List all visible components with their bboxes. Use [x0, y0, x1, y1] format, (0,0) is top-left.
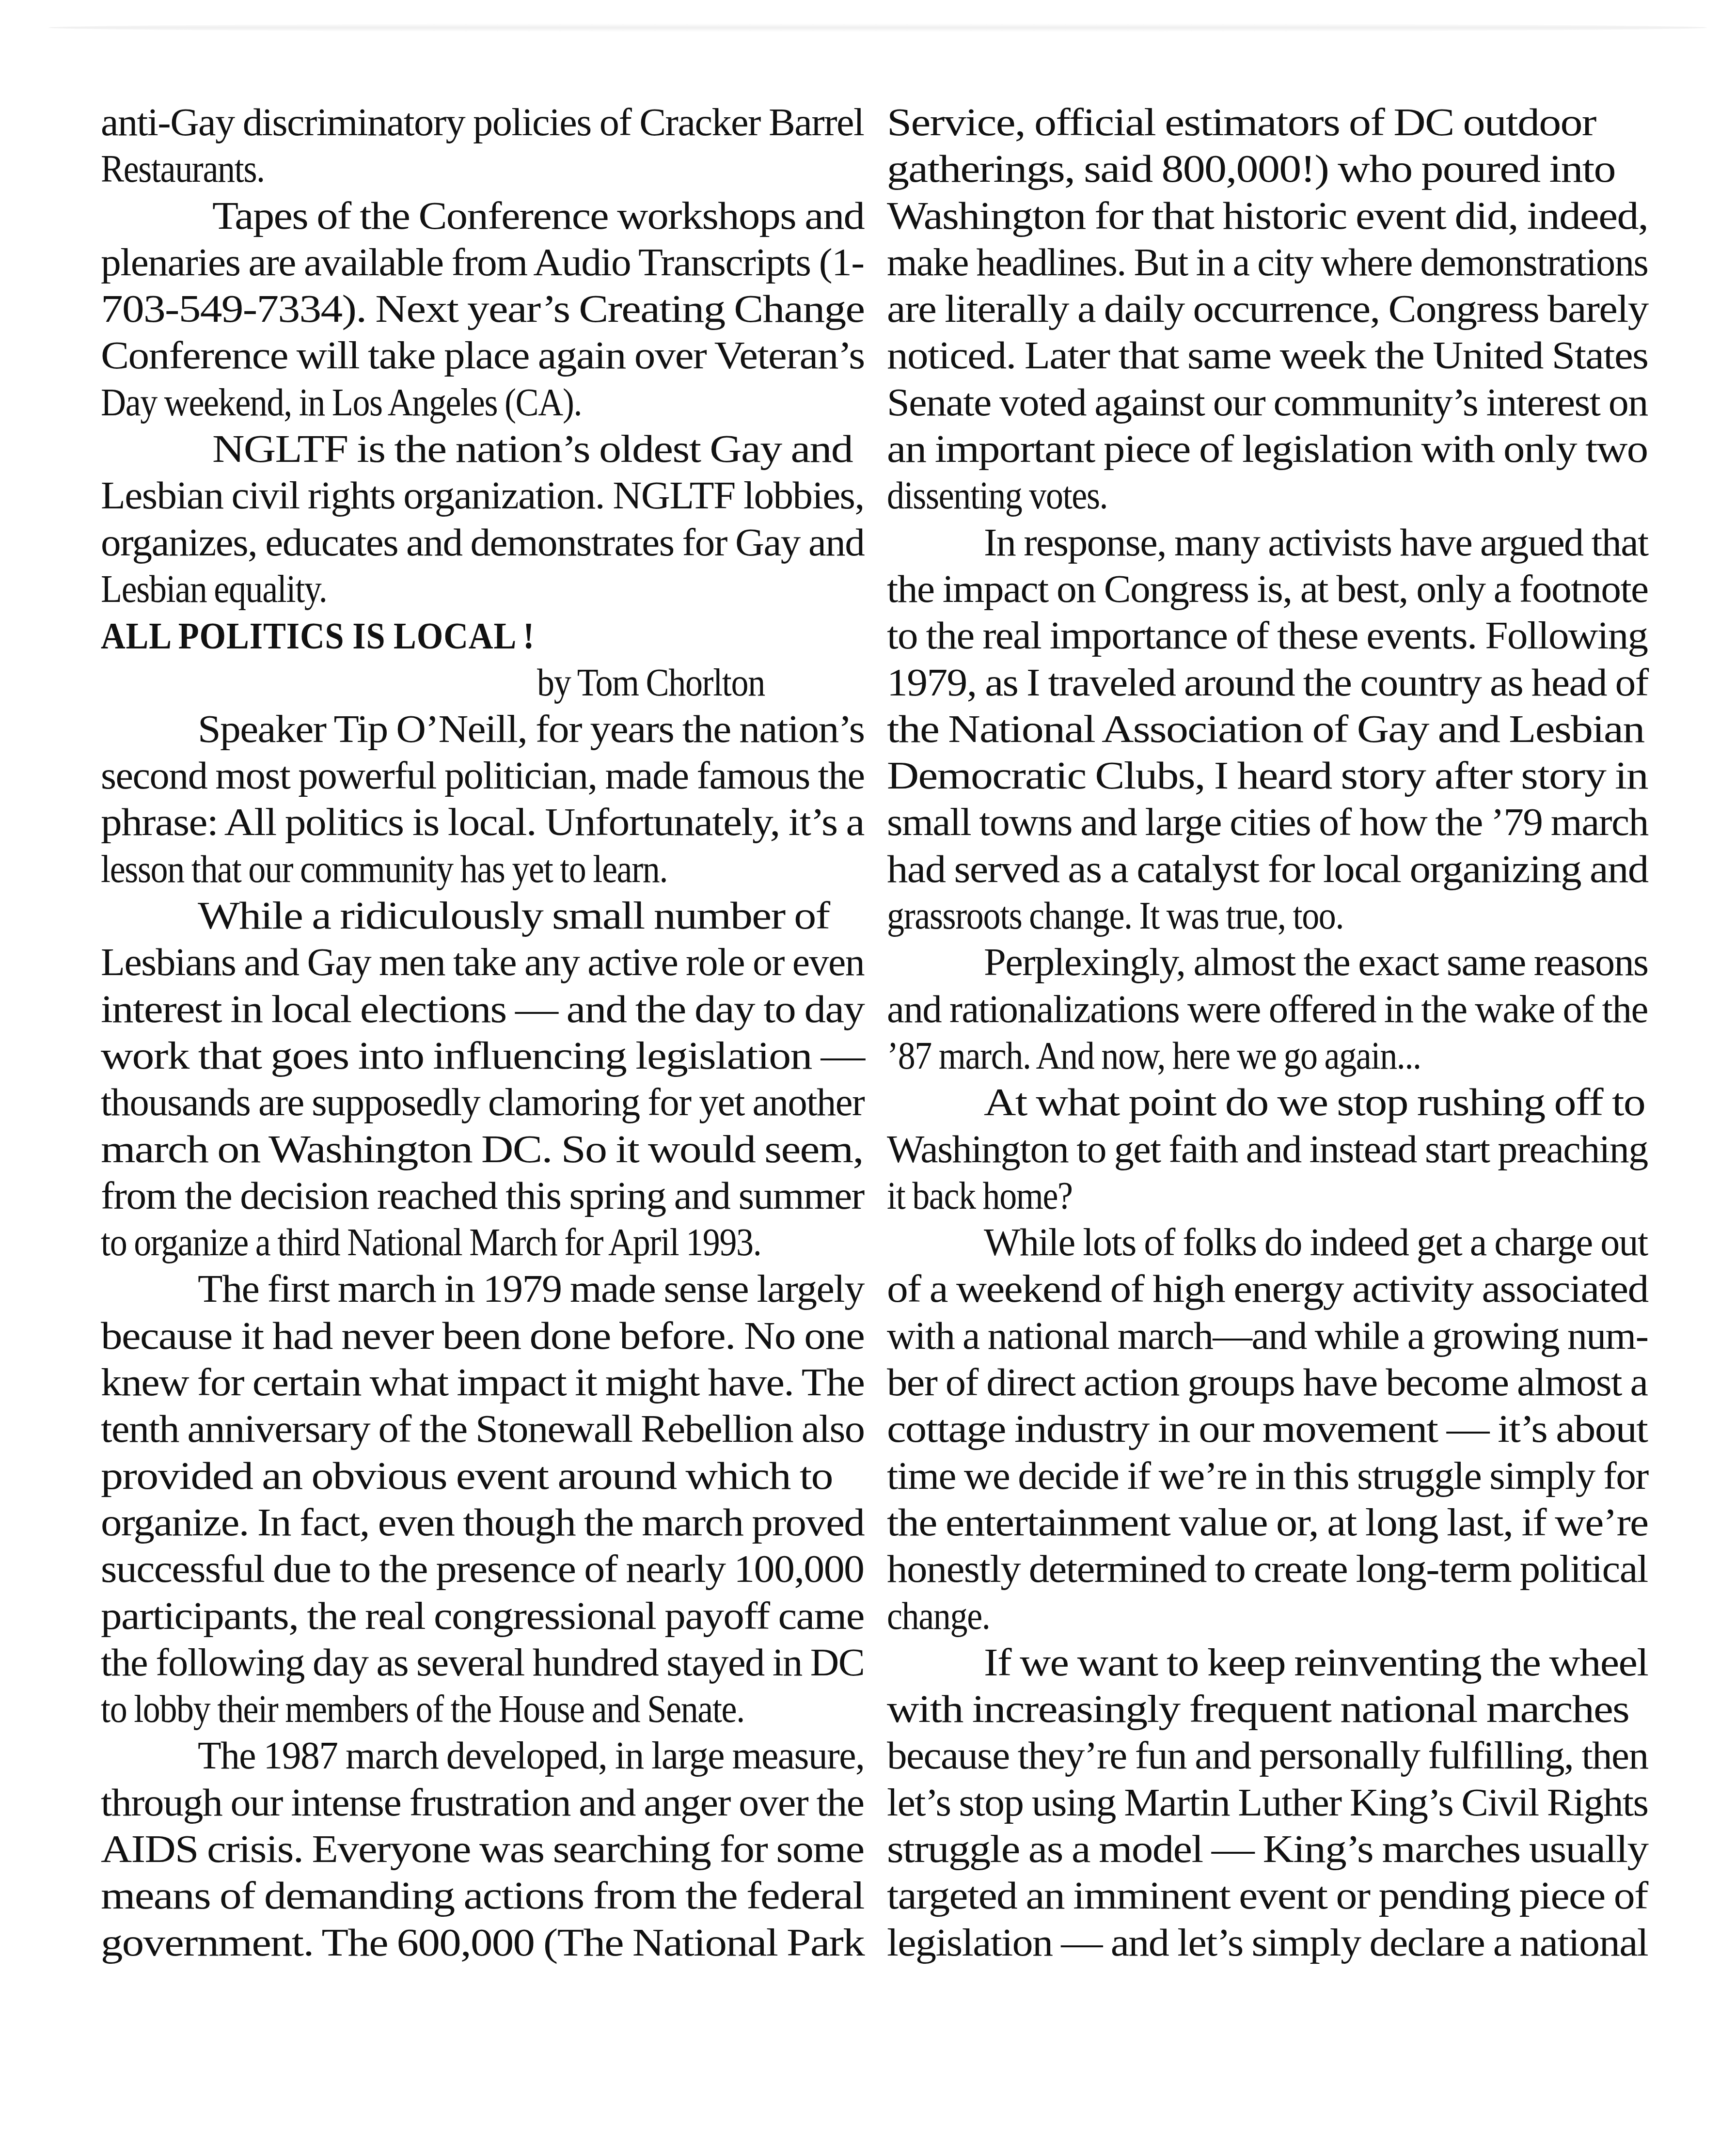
text-line: Lesbians and Gay men take any active rol…	[101, 939, 864, 986]
text-line: to the real importance of these events. …	[887, 613, 1648, 659]
text-line: 1979, as I traveled around the country a…	[887, 660, 1648, 706]
text-line: Tapes of the Conference workshops and	[101, 193, 864, 239]
text-line: The 1987 march developed, in large measu…	[101, 1733, 864, 1779]
text-line: The first march in 1979 made sense large…	[101, 1266, 864, 1312]
text-line: thousands are supposedly clamoring for y…	[101, 1079, 864, 1126]
text-line: struggle as a model — King’s marches usu…	[887, 1826, 1648, 1873]
text-line: gatherings, said 800,000!) who poured in…	[887, 146, 1648, 192]
paragraph-reinventing-wheel: If we want to keep reinventing the wheel…	[887, 1640, 1648, 1966]
text-line: Perplexingly, almost the exact same reas…	[887, 939, 1648, 986]
text-line: In response, many activists have argued …	[887, 520, 1648, 566]
right-column: Service, official estimators of DC outdo…	[887, 99, 1648, 1966]
text-line: ber of direct action groups have become …	[887, 1359, 1648, 1406]
text-line: time we decide if we’re in this struggle…	[887, 1453, 1648, 1499]
text-line: grassroots change. It was true, too.	[887, 893, 1648, 939]
text-line: cottage industry in our movement — it’s …	[887, 1406, 1648, 1452]
text-line: Lesbian civil rights organization. NGLTF…	[101, 473, 864, 519]
text-line: the National Association of Gay and Lesb…	[887, 706, 1648, 753]
text-line: Conference will take place again over Ve…	[101, 332, 864, 379]
text-line: knew for certain what impact it might ha…	[101, 1359, 864, 1406]
text-line: provided an obvious event around which t…	[101, 1453, 864, 1499]
paragraph-1987-march: The 1987 march developed, in large measu…	[101, 1733, 864, 1966]
paragraph-small-number: While a ridiculously small number of Les…	[101, 893, 864, 1266]
text-line: ’87 march. And now, here we go again...	[887, 1033, 1648, 1079]
text-line: If we want to keep reinventing the wheel	[887, 1640, 1648, 1686]
paragraph-at-what-point: At what point do we stop rushing off to …	[887, 1079, 1648, 1219]
text-line: Democratic Clubs, I heard story after st…	[887, 753, 1648, 799]
text-line: had served as a catalyst for local organ…	[887, 846, 1648, 893]
text-line: to organize a third National March for A…	[101, 1219, 864, 1266]
text-line: While a ridiculously small number of	[101, 893, 864, 939]
text-line: the following day as several hundred sta…	[101, 1640, 864, 1686]
text-line: plenaries are available from Audio Trans…	[101, 239, 864, 286]
paragraph-tapes: Tapes of the Conference workshops and pl…	[101, 193, 864, 426]
text-line: small towns and large cities of how the …	[887, 799, 1648, 846]
text-line: Senate voted against our community’s int…	[887, 379, 1648, 426]
text-line: phrase: All politics is local. Unfortuna…	[101, 799, 864, 846]
text-line: let’s stop using Martin Luther King’s Ci…	[887, 1780, 1648, 1826]
text-line: Day weekend, in Los Angeles (CA).	[101, 379, 864, 426]
text-line: Lesbian equality.	[101, 566, 864, 613]
text-line: participants, the real congressional pay…	[101, 1593, 864, 1640]
text-line: through our intense frustration and ange…	[101, 1780, 864, 1826]
text-line: interest in local elections — and the da…	[101, 986, 864, 1033]
scan-edge-shadow	[48, 23, 1707, 32]
text-line: march on Washington DC. So it would seem…	[101, 1126, 864, 1173]
text-line: because it had never been done before. N…	[101, 1313, 864, 1359]
paragraph-perplexingly: Perplexingly, almost the exact same reas…	[887, 939, 1648, 1079]
text-line: Washington for that historic event did, …	[887, 193, 1648, 239]
text-line: lesson that our community has yet to lea…	[101, 846, 864, 893]
text-line: with a national march—and while a growin…	[887, 1313, 1648, 1359]
text-line: targeted an imminent event or pending pi…	[887, 1873, 1648, 1919]
text-line: make headlines. But in a city where demo…	[887, 239, 1648, 286]
text-line: with increasingly frequent national marc…	[887, 1686, 1648, 1733]
left-column: anti-Gay discriminatory policies of Crac…	[101, 99, 864, 1966]
text-line: means of demanding actions from the fede…	[101, 1873, 864, 1919]
text-line: work that goes into influencing legislat…	[101, 1033, 864, 1079]
paragraph-cracker-barrel: anti-Gay discriminatory policies of Crac…	[101, 99, 864, 193]
text-line: an important piece of legislation with o…	[887, 426, 1648, 473]
text-line: Speaker Tip O’Neill, for years the natio…	[101, 706, 864, 753]
paragraph-ngltf: NGLTF is the nation’s oldest Gay and Les…	[101, 426, 864, 613]
paragraph-national-park-service: Service, official estimators of DC outdo…	[887, 99, 1648, 520]
text-line: from the decision reached this spring an…	[101, 1173, 864, 1219]
text-line: the entertainment value or, at long last…	[887, 1499, 1648, 1546]
article-headline: ALL POLITICS IS LOCAL !	[101, 613, 864, 659]
text-line: anti-Gay discriminatory policies of Crac…	[101, 99, 864, 146]
text-line: successful due to the presence of nearly…	[101, 1546, 864, 1593]
text-line: Restaurants.	[101, 146, 864, 192]
text-line: to lobby their members of the House and …	[101, 1686, 864, 1733]
text-line: 703-549-7334). Next year’s Creating Chan…	[101, 286, 864, 332]
text-line: At what point do we stop rushing off to	[887, 1079, 1648, 1126]
text-line: the impact on Congress is, at best, only…	[887, 566, 1648, 613]
paragraph-first-march: The first march in 1979 made sense large…	[101, 1266, 864, 1733]
text-line: legislation — and let’s simply declare a…	[887, 1920, 1648, 1966]
text-line: tenth anniversary of the Stonewall Rebel…	[101, 1406, 864, 1452]
article-byline: by Tom Chorlton	[101, 660, 864, 706]
paragraph-lots-of-folks: While lots of folks do indeed get a char…	[887, 1219, 1648, 1640]
text-line: are literally a daily occurrence, Congre…	[887, 286, 1648, 332]
text-line: noticed. Later that same week the United…	[887, 332, 1648, 379]
text-line: government. The 600,000 (The National Pa…	[101, 1920, 864, 1966]
text-line: honestly determined to create long-term …	[887, 1546, 1648, 1593]
paragraph-in-response: In response, many activists have argued …	[887, 520, 1648, 940]
text-line: organizes, educates and demonstrates for…	[101, 520, 864, 566]
text-line: Washington to get faith and instead star…	[887, 1126, 1648, 1173]
text-line: NGLTF is the nation’s oldest Gay and	[101, 426, 864, 473]
text-line: dissenting votes.	[887, 473, 1648, 519]
text-line: of a weekend of high energy activity ass…	[887, 1266, 1648, 1312]
text-line: second most powerful politician, made fa…	[101, 753, 864, 799]
paragraph-tip-oneill: Speaker Tip O’Neill, for years the natio…	[101, 706, 864, 893]
text-line: because they’re fun and personally fulfi…	[887, 1733, 1648, 1779]
text-line: Service, official estimators of DC outdo…	[887, 99, 1648, 146]
text-line: While lots of folks do indeed get a char…	[887, 1219, 1648, 1266]
text-line: it back home?	[887, 1173, 1648, 1219]
text-line: and rationalizations were offered in the…	[887, 986, 1648, 1033]
text-line: organize. In fact, even though the march…	[101, 1499, 864, 1546]
text-line: change.	[887, 1593, 1648, 1640]
text-line: AIDS crisis. Everyone was searching for …	[101, 1826, 864, 1873]
